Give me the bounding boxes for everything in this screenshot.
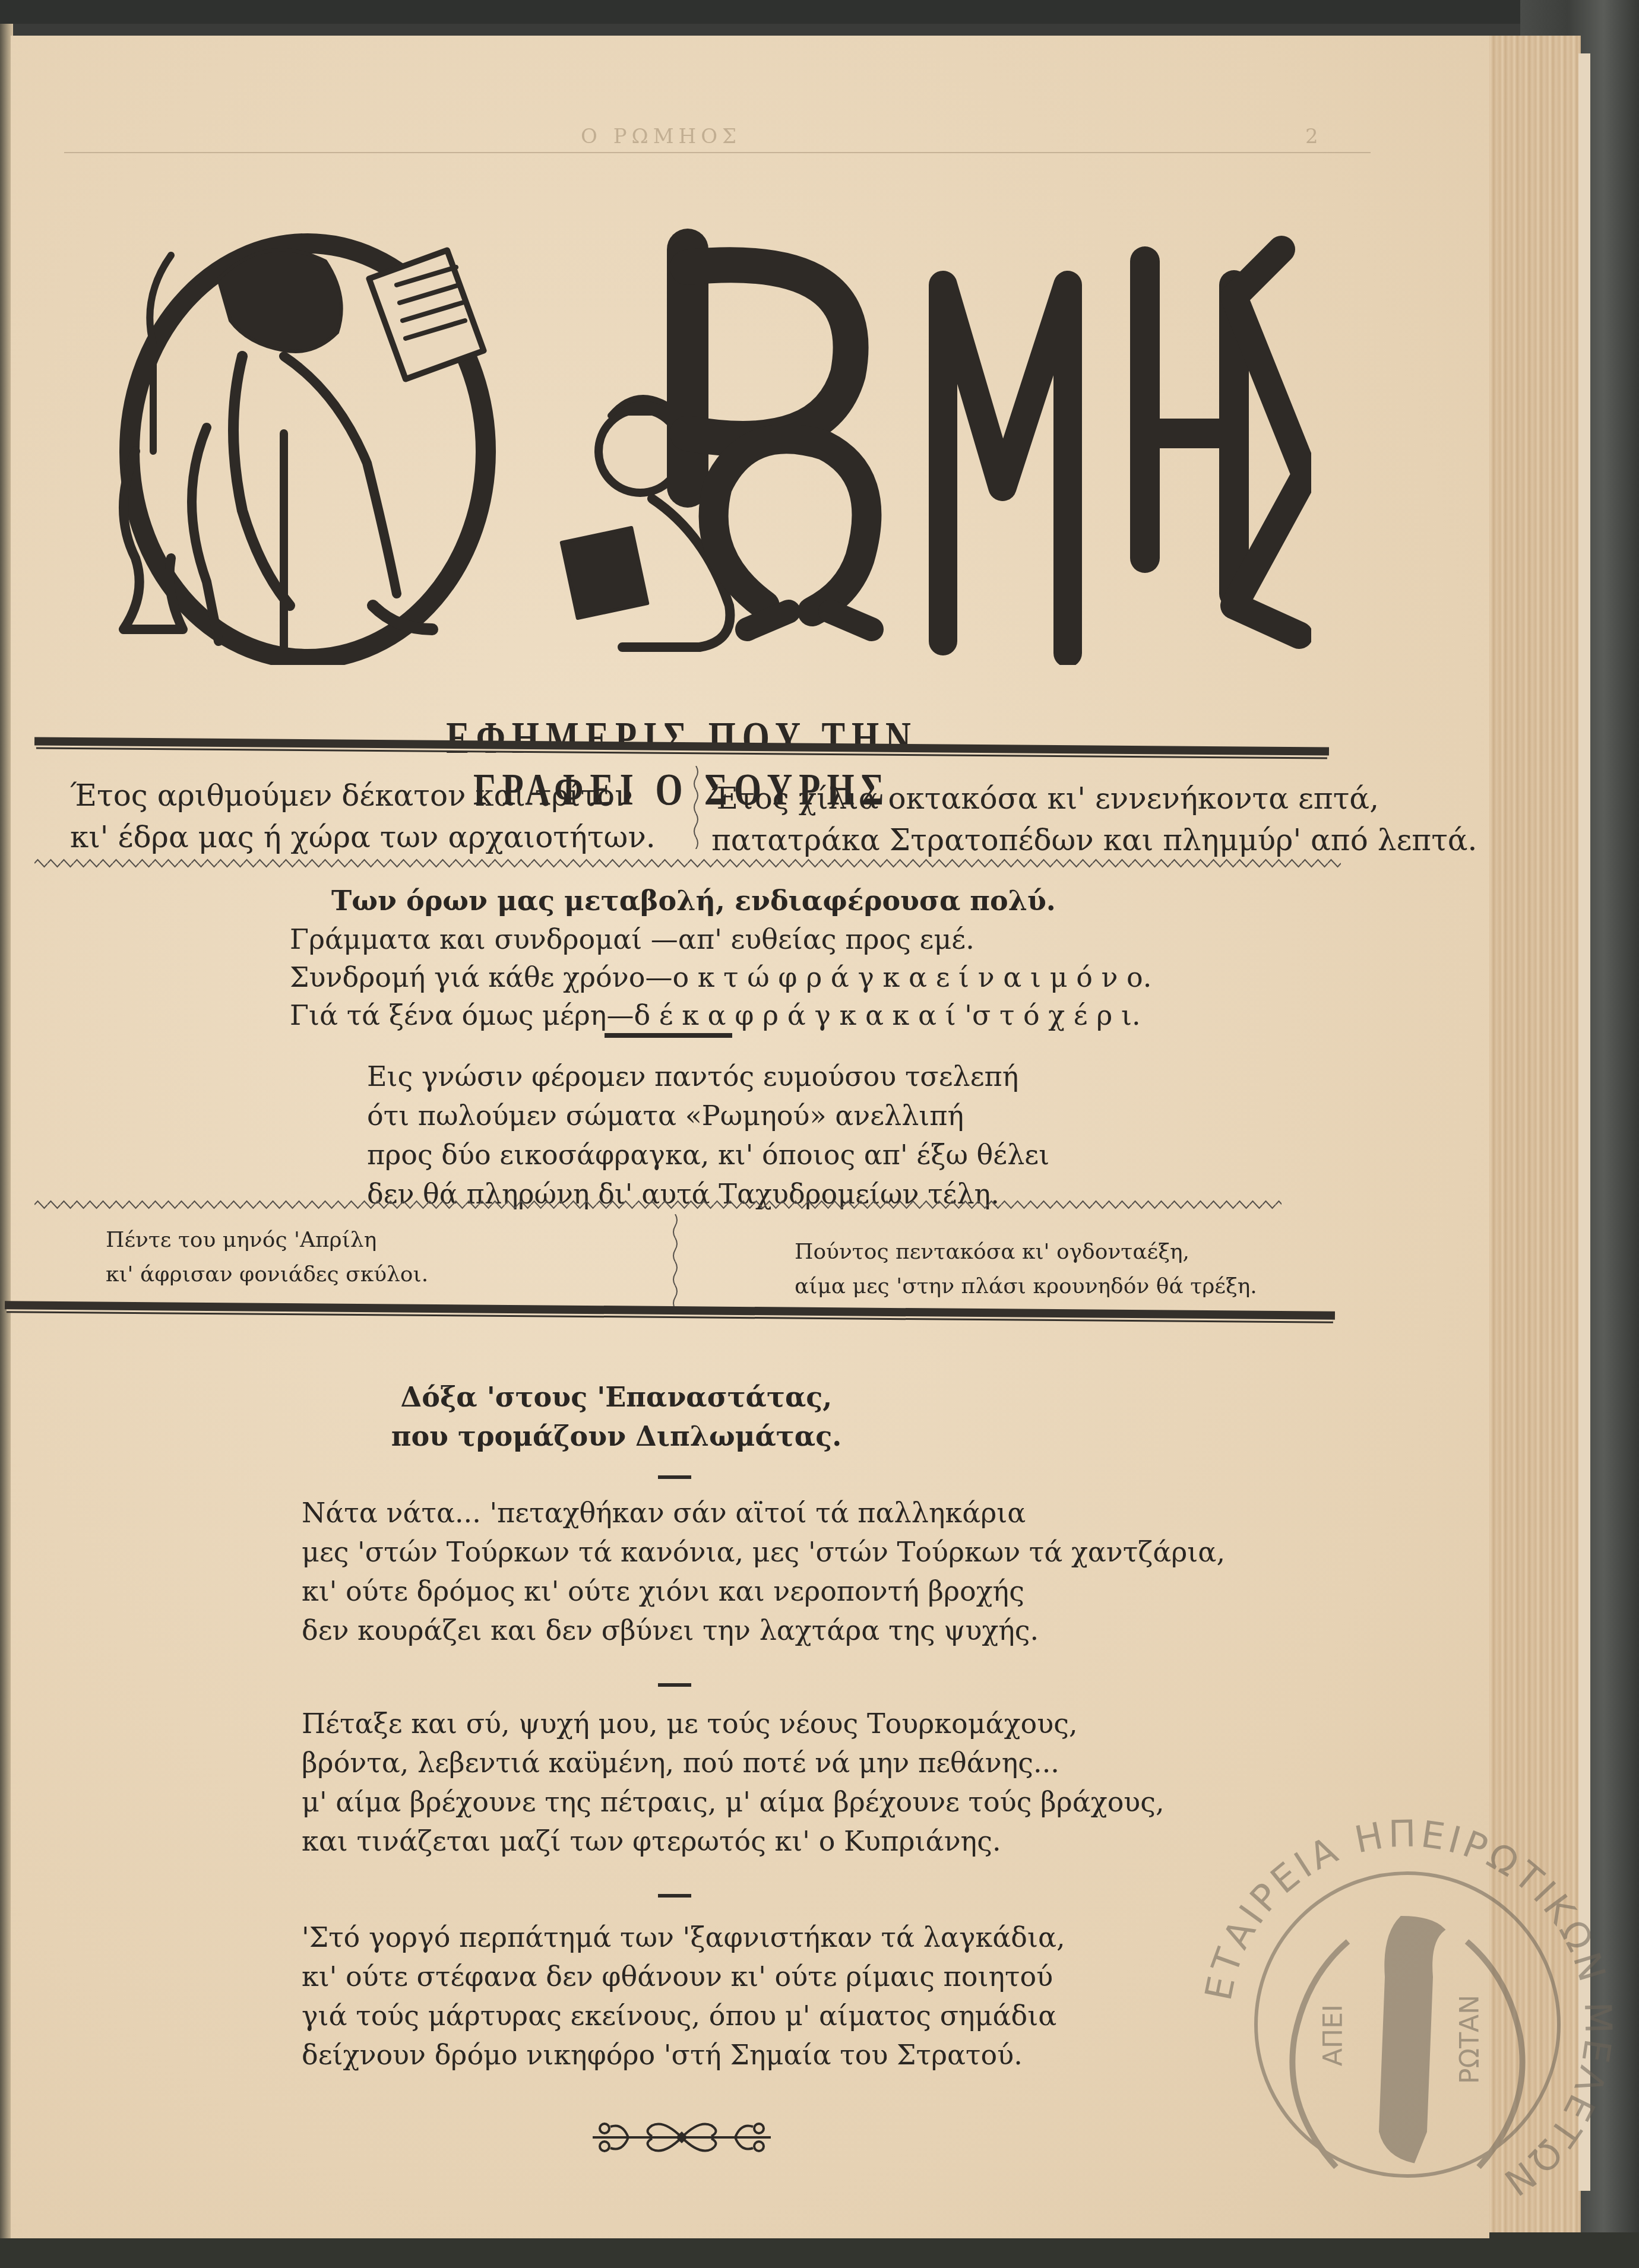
motto-right-line-1: Έτος χίλια οκτακόσα κι' εννενήκοντα επτά…	[711, 778, 1477, 819]
motto-right-line-2: πατατράκα Στρατοπέδων και πλημμύρ' από λ…	[711, 819, 1477, 861]
terms-block: Γράμματα και συνδρομαί —απ' ευθείας προς…	[290, 920, 1151, 1034]
date-left: Πέντε του μηνός 'Απρίλη κι' άφρισαν φονι…	[106, 1223, 428, 1292]
motto-left-line-1: Έτος αριθμούμεν δέκατον και τρίτον	[70, 775, 656, 816]
terms-line-1: Γράμματα και συνδρομαί —απ' ευθείας προς…	[290, 920, 1151, 958]
stanza-1-line-4: δεν κουράζει και δεν σβύνει την λαχτάρα …	[302, 1611, 1225, 1650]
page-number: 2	[1305, 125, 1323, 148]
section-dash	[605, 1033, 732, 1038]
stanza-1-line-2: μες 'στών Τούρκων τά κανόνια, μες 'στών …	[302, 1532, 1225, 1572]
notice-line-3: προς δύο εικοσάφραγκα, κι' όποιος απ' έξ…	[367, 1135, 1049, 1174]
poem-title-line-1: Δόξα 'στους 'Επαναστάτας,	[379, 1377, 854, 1417]
notice-line-1: Εις γνώσιν φέρομεν παντός ευμούσου τσελε…	[367, 1057, 1049, 1096]
running-head-text: Ο ΡΩΜΗΟΣ	[581, 125, 741, 148]
stanza-2-line-1: Πέταξε και σύ, ψυχή μου, με τούς νέους Τ…	[302, 1704, 1165, 1743]
stanza-2-line-3: μ' αίμα βρέχουνε της πέτραις, μ' αίμα βρ…	[302, 1782, 1165, 1822]
masthead-illustration	[88, 178, 1311, 665]
terms-line-3: Γιά τά ξένα όμως μέρη—δ έ κ α φ ρ ά γ κ …	[290, 996, 1151, 1034]
wavy-rule-2	[34, 1199, 1282, 1210]
stamp-inner-right: ΡΩΤΑΝ	[1455, 1995, 1485, 2084]
date-right: Πούντος πεντακόσα κι' ογδονταέξη, αίμα μ…	[795, 1235, 1257, 1304]
date-left-line-1: Πέντε του μηνός 'Απρίλη	[106, 1223, 428, 1257]
stanza-1-line-3: κι' ούτε δρόμος κι' ούτε χιόνι και νεροπ…	[302, 1572, 1225, 1611]
book-cover-top	[0, 0, 1639, 24]
motto-left-line-2: κι' έδρα μας ή χώρα των αρχαιοτήτων.	[70, 816, 656, 858]
motto-right: Έτος χίλια οκτακόσα κι' εννενήκοντα επτά…	[711, 778, 1477, 861]
poem-stanza-3: 'Στό γοργό περπάτημά των 'ξαφνιστήκαν τά…	[302, 1918, 1065, 2074]
poem-dash-3	[658, 1894, 691, 1898]
poem-stanza-1: Νάτα νάτα... 'πεταχθήκαν σάν αϊτοί τά πα…	[302, 1493, 1225, 1650]
stanza-3-line-4: δείχνουν δρόμο νικηφόρο 'στή Σημαία του …	[302, 2035, 1065, 2074]
wavy-rule-1	[34, 858, 1341, 869]
masthead	[88, 178, 1311, 665]
stanza-2-line-2: βρόντα, λεβεντιά καϋμένη, πού ποτέ νά μη…	[302, 1743, 1165, 1782]
date-left-line-2: κι' άφρισαν φονιάδες σκύλοι.	[106, 1257, 428, 1292]
stanza-2-line-4: και τινάζεται μαζί των φτερωτός κι' ο Κυ…	[302, 1822, 1165, 1861]
library-stamp-icon: ΕΤΑΙΡΕΙΑ ΗΠΕΙΡΩΤΙΚΩΝ ΜΕΛΕΤΩΝ ΑΠΕΙ ΡΩΤΑΝ	[1182, 1799, 1633, 2250]
stanza-1-line-1: Νάτα νάτα... 'πεταχθήκαν σάν αϊτοί τά πα…	[302, 1493, 1225, 1532]
date-right-line-1: Πούντος πεντακόσα κι' ογδονταέξη,	[795, 1235, 1257, 1269]
poem-stanza-2: Πέταξε και σύ, ψυχή μου, με τούς νέους Τ…	[302, 1704, 1165, 1861]
poem-dash-1	[658, 1475, 691, 1479]
terms-line-2: Συνδρομή γιά κάθε χρόνο—ο κ τ ώ φ ρ ά γ …	[290, 958, 1151, 996]
motto-divider	[691, 766, 701, 849]
stanza-3-line-2: κι' ούτε στέφανα δεν φθάνουν κι' ούτε ρί…	[302, 1957, 1065, 1996]
ornament-icon	[587, 2114, 777, 2161]
motto-left: Έτος αριθμούμεν δέκατον και τρίτον κι' έ…	[70, 775, 656, 858]
date-divider	[670, 1214, 681, 1309]
notice-line-2: ότι πωλούμεν σώματα «Ρωμηού» ανελλιπή	[367, 1096, 1049, 1135]
poem-title-line-2: που τρομάζουν Διπλωμάτας.	[379, 1417, 854, 1456]
running-head-rule	[64, 152, 1371, 153]
poem-dash-2	[658, 1683, 691, 1687]
stamp-inner-left: ΑΠΕΙ	[1318, 2004, 1349, 2066]
terms-title: Των όρων μας μεταβολή, ενδιαφέρουσα πολύ…	[331, 885, 1056, 917]
poem-title: Δόξα 'στους 'Επαναστάτας, που τρομάζουν …	[379, 1377, 854, 1456]
stanza-3-line-1: 'Στό γοργό περπάτημά των 'ξαφνιστήκαν τά…	[302, 1918, 1065, 1957]
date-right-line-2: αίμα μες 'στην πλάσι κρουνηδόν θά τρέξη.	[795, 1269, 1257, 1304]
notice-block: Εις γνώσιν φέρομεν παντός ευμούσου τσελε…	[367, 1057, 1049, 1214]
stanza-3-line-3: γιά τούς μάρτυρας εκείνους, όπου μ' αίμα…	[302, 1996, 1065, 2035]
